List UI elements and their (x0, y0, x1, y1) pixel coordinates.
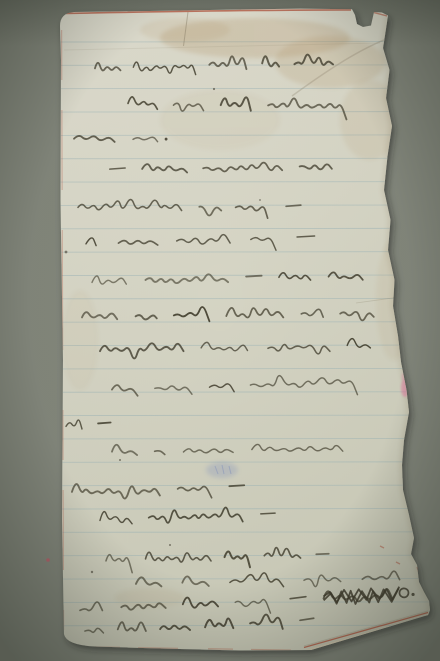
manuscript-photograph (0, 0, 440, 661)
vignette-overlay (0, 0, 440, 661)
photo-stage (0, 0, 440, 661)
